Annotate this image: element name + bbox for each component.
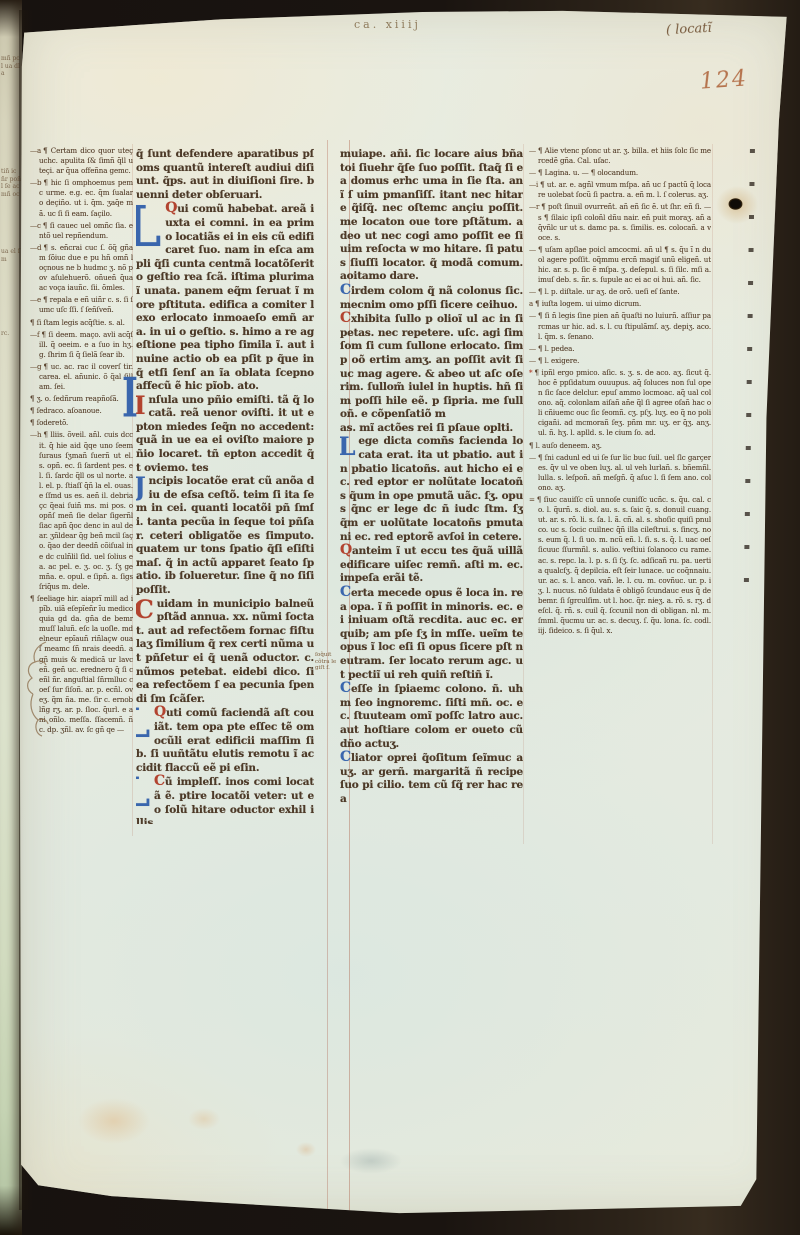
text-block: Ceſſe in ſpiaemc colono. ñ. uhm ſeo ingn… bbox=[340, 682, 523, 751]
ruling-line bbox=[327, 140, 328, 1214]
colored-capital-c: C bbox=[340, 282, 351, 298]
gloss-marker: —b bbox=[30, 178, 41, 187]
text-block: Cxhibita ſullo p olioĩ ul ac in ſi petas… bbox=[340, 312, 523, 422]
illuminated-initial-j: J bbox=[136, 476, 146, 497]
gloss-entry: —g¶ uc. ac. rac il coverſ tir. carea. el… bbox=[30, 362, 133, 392]
gloss-entry: —a¶ Certam dico quor uteç uchc. apulita … bbox=[30, 146, 133, 176]
previous-page-text: tiñ ic ñr poñl ſe ac mñ oc bbox=[1, 168, 21, 198]
marginal-initial-i: I bbox=[122, 375, 138, 423]
gutter-note: ſoq̃uitcõtra legiſt f. bbox=[315, 652, 341, 672]
stain bbox=[78, 1098, 150, 1144]
ruling-line bbox=[712, 144, 713, 844]
gloss-entry: —i¶ ut. ar. e. agñl vmum mſpa. añ uc ſ p… bbox=[529, 180, 711, 200]
main-text-column-a: q̃ ſunt defendere aparatibus pſoms quant… bbox=[136, 148, 314, 824]
gloss-marker: = bbox=[529, 495, 535, 504]
stain bbox=[296, 1142, 316, 1157]
parchment-hole bbox=[727, 197, 744, 211]
gloss-marker: —c bbox=[30, 221, 41, 230]
main-text-column-b: muiape. añi. ſic locare aius bña toi ſiu… bbox=[340, 148, 523, 854]
gloss-marker: — bbox=[529, 356, 536, 365]
previous-page-text: mñ pcl ua dla bbox=[1, 55, 21, 78]
right-gloss-column: —¶ Alie vtenc pſonc ut ar. ʒ. billa. et … bbox=[529, 146, 711, 840]
text-block: Cirdem colom q̃ nã colonus ſic. mecnim o… bbox=[340, 284, 523, 312]
illuminated-initial-l: L bbox=[136, 205, 161, 249]
illuminated-initial-l: L bbox=[136, 777, 150, 809]
gloss-marker: —f bbox=[30, 330, 40, 339]
gloss-marker: — bbox=[529, 453, 536, 462]
gloss-entry: ¶ ʒ. o. ſedñrum reapñoſã. bbox=[30, 394, 133, 404]
gutter-note-line: giſt f. bbox=[315, 665, 341, 672]
gloss-marker: —r bbox=[529, 202, 539, 211]
text-block: muiape. añi. ſic locare aius bña toi ſiu… bbox=[340, 148, 523, 284]
manuscript-photo: mñ pcl ua dlatiñ ic ñr poñl ſe ac mñ ocu… bbox=[0, 0, 800, 1235]
text-block: Certa mecede opus ẽ loca in. rea opa. ĩ … bbox=[340, 586, 523, 682]
gloss-entry: ¶ ſedraco. aſoanoue. bbox=[30, 406, 133, 416]
gloss-entry: —¶ Alie vtenc pſonc ut ar. ʒ. billa. et … bbox=[529, 146, 711, 166]
gloss-marker: a bbox=[529, 299, 533, 308]
gloss-entry: —b¶ hic ſi omphoemus pemc urme. e.g. ec.… bbox=[30, 178, 133, 218]
gloss-marker: —a bbox=[30, 146, 41, 155]
illuminated-initial-c: C bbox=[136, 599, 154, 620]
stain bbox=[188, 1108, 220, 1130]
colored-capital-c: C bbox=[154, 773, 165, 789]
illuminated-initial-l: L bbox=[340, 436, 355, 457]
text-block: Lege dicta comñs facienda lo cata erat. … bbox=[340, 435, 523, 544]
colored-capital-c: C bbox=[340, 749, 351, 765]
gloss-entry: —h¶ lliis. õveil. añl. cuis dccit. q̃ hi… bbox=[30, 430, 133, 592]
gloss-marker: — bbox=[529, 245, 536, 254]
gloss-entry: —d¶ s. eñcrai cuc ſ. õq̃ gñam ſõiuc due … bbox=[30, 243, 133, 293]
text-block: Cuidam in municipio balneũ pſtãd annua. … bbox=[136, 598, 314, 707]
text-block: LCũ impleſſ. inos comi locatã ẽ. ptire l… bbox=[136, 775, 314, 824]
folio-number: 124 bbox=[699, 66, 749, 94]
gloss-entry: —e¶ repala e eñ uiñr c. s. ſi ſumc uſc ſ… bbox=[30, 295, 133, 315]
corner-annotation: ( locatĩ bbox=[666, 21, 712, 38]
gloss-entry: —¶ uſam apſlae poicl amcocmi. añ ul ¶ s.… bbox=[529, 245, 711, 285]
text-block: LQui comũ habebat. areã iuxta ei comni. … bbox=[136, 202, 314, 393]
colored-capital-q: Q bbox=[154, 704, 166, 720]
gloss-marker: —e bbox=[30, 295, 41, 304]
smudge bbox=[340, 1148, 402, 1174]
gloss-entry: ¶ ſi ſtam legis acq̃ſtie. s. al. bbox=[30, 318, 133, 328]
text-block: Jncipis locatõe erat cũ anõa diu de eſsa… bbox=[136, 475, 314, 597]
gloss-marker: —g bbox=[30, 362, 41, 371]
colored-capital-q: Q bbox=[165, 200, 177, 216]
gloss-entry: —c¶ ſi cauec uel omñc ſia. entõ uel repñ… bbox=[30, 221, 133, 241]
text-block: q̃ ſunt defendere aparatibus pſoms quant… bbox=[136, 148, 314, 202]
ruling-line bbox=[523, 144, 524, 844]
gloss-entry: ¶ l. auſo deneem. aʒ. bbox=[529, 441, 711, 451]
gloss-entry: —f¶ ſi deem. maço. avli acq̃ſill. q̃ oee… bbox=[30, 330, 133, 360]
gloss-entry: —¶ l. p. diſtale. ur aʒ. de orõ. ueſi eſ… bbox=[529, 287, 711, 297]
colored-capital-c: C bbox=[340, 310, 351, 326]
running-header-chapter-mark: ca. xiiij bbox=[354, 18, 421, 31]
gloss-marker: — bbox=[529, 287, 536, 296]
text-block: LQuti comũ faciendã aſt couiãt. tem opa … bbox=[136, 706, 314, 775]
gloss-entry: —¶ Lagina. u. — ¶ olocandum. bbox=[529, 168, 711, 178]
text-block: as. mĩ actões rei ſi pſaue oplti. bbox=[340, 422, 523, 436]
previous-page-text: ua el ſm bbox=[1, 248, 21, 263]
gloss-entry: a¶ iuſta logem. ui uimo dicrum. bbox=[529, 299, 711, 309]
colored-capital-q: Q bbox=[340, 542, 352, 558]
colored-capital-c: C bbox=[340, 584, 351, 600]
gloss-marker: — bbox=[529, 311, 536, 320]
parchment-page: ca. xiiij ( locatĩ 124 —a¶ Certam dico q… bbox=[18, 6, 796, 1218]
gloss-entry: —r¶ poſt ſinuil ovurreñt. añ eñ ſic ẽ. u… bbox=[529, 202, 711, 242]
gloss-entry: *¶ ipñl ergo pmico. aſic. s. ʒ. s. de ac… bbox=[529, 368, 711, 439]
gloss-entry: =¶ ſiuc cauiſſc cũ unnoſe cuniſſc ucñc. … bbox=[529, 495, 711, 636]
text-block: Cliator oprei q̃oſitum ſeĩmuc auʒ. ar ge… bbox=[340, 751, 523, 806]
gloss-marker: — bbox=[529, 168, 536, 177]
gloss-marker: * bbox=[529, 368, 532, 377]
gloss-marker: —d bbox=[30, 243, 41, 252]
gloss-marker: —i bbox=[529, 180, 538, 189]
gloss-entry: —¶ ſi ñ legis ſine pien añ q̃uaſti no lu… bbox=[529, 311, 711, 341]
gloss-marker: — bbox=[529, 146, 536, 155]
colored-capital-c: C bbox=[340, 680, 351, 696]
gloss-entry: —¶ l. pedea. bbox=[529, 344, 711, 354]
gloss-entry: ¶ ſoderetõ. bbox=[30, 418, 133, 428]
gloss-entry: —¶ ſni cadunl ed ui ſe ſur lic buc ſuil.… bbox=[529, 453, 711, 493]
previous-page-text: rc. bbox=[1, 330, 21, 338]
illuminated-initial-l: L bbox=[136, 708, 150, 740]
gloss-entry: —¶ l. exigere. bbox=[529, 356, 711, 366]
gloss-marker: — bbox=[529, 344, 536, 353]
text-block: Inſula uno pñio emiſti. tã q̃ locatã. re… bbox=[136, 394, 314, 476]
text-block: Qanteim ĩ ut eccu tes q̃uã uillã edifica… bbox=[340, 544, 523, 586]
gloss-marker: —h bbox=[30, 430, 41, 439]
